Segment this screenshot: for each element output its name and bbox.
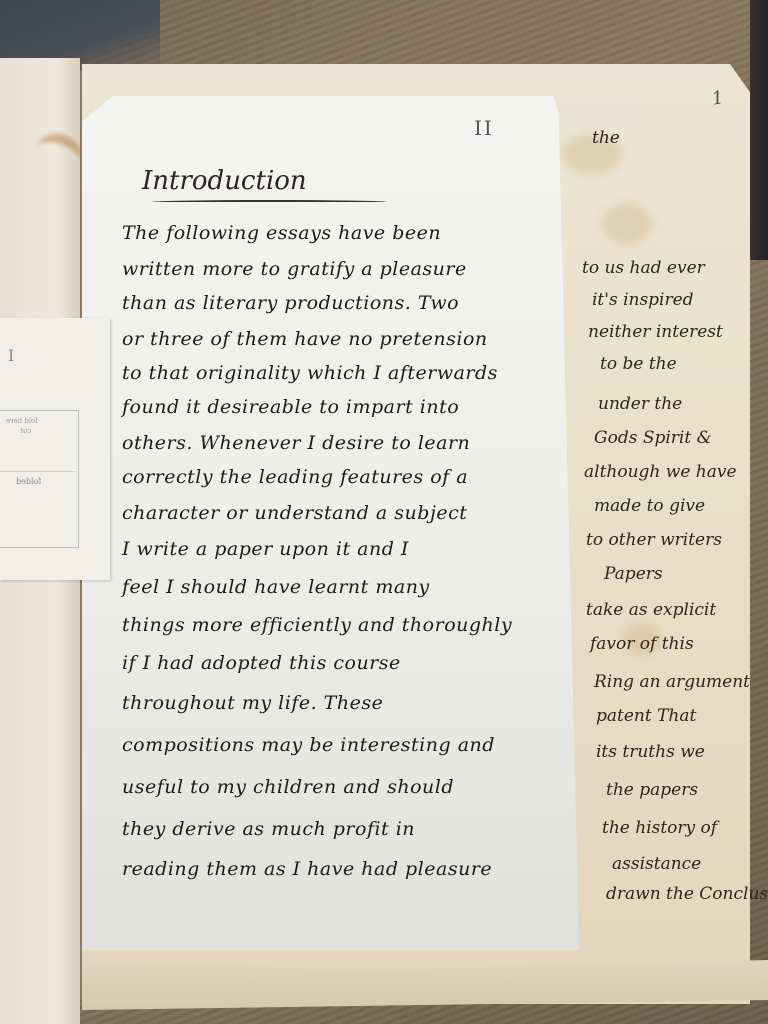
right-line: favor of this bbox=[590, 634, 694, 654]
right-line: it's inspired bbox=[592, 290, 694, 310]
right-line: drawn the Conclus bbox=[606, 884, 768, 904]
slip-form-text: folded bbox=[16, 477, 41, 486]
sheet-line: correctly the leading features of a bbox=[122, 466, 468, 488]
sheet-line: useful to my children and should bbox=[122, 776, 454, 798]
right-line: neither interest bbox=[588, 322, 723, 342]
right-line: made to give bbox=[594, 496, 705, 516]
sheet-line: they derive as much profit in bbox=[122, 818, 415, 840]
slip-form-text: cut bbox=[20, 427, 31, 435]
desk-edge bbox=[750, 0, 768, 260]
right-line: take as explicit bbox=[586, 600, 716, 620]
sheet-line: compositions may be interesting and bbox=[122, 734, 495, 756]
sheet-line: I write a paper upon it and I bbox=[122, 538, 409, 560]
right-line: to other writers bbox=[586, 530, 722, 550]
right-line: Papers bbox=[604, 564, 663, 584]
sheet-line: things more efficiently and thoroughly bbox=[122, 614, 512, 636]
paper-slip: I fold here cut folded bbox=[0, 318, 110, 580]
slip-form-text: fold here bbox=[6, 417, 38, 425]
slip-mark: I bbox=[8, 346, 14, 365]
heading-underline bbox=[152, 200, 387, 204]
right-line: patent That bbox=[596, 706, 696, 726]
sheet-line: to that originality which I afterwards bbox=[122, 362, 498, 384]
sheet-line: others. Whenever I desire to learn bbox=[122, 432, 470, 454]
right-line: Ring an argument bbox=[594, 672, 750, 692]
sheet-line: feel I should have learnt many bbox=[122, 576, 430, 598]
sheet-line: reading them as I have had pleasure bbox=[122, 858, 492, 880]
right-line: the bbox=[592, 128, 620, 148]
right-line: assistance bbox=[612, 854, 701, 874]
right-line: to be the bbox=[600, 354, 677, 374]
right-line: its truths we bbox=[596, 742, 705, 762]
right-line: to us had ever bbox=[582, 258, 705, 278]
right-line: Gods Spirit & bbox=[594, 428, 712, 448]
sheet-line: found it desireable to impart into bbox=[122, 396, 459, 418]
right-line: under the bbox=[598, 394, 682, 414]
foxing-stain bbox=[602, 204, 652, 244]
sheet-line: written more to gratify a pleasure bbox=[122, 258, 467, 280]
slip-divider bbox=[0, 471, 76, 472]
sheet-number: II bbox=[474, 116, 494, 140]
sheet-line: or three of them have no pretension bbox=[122, 328, 488, 350]
sheet-line: throughout my life. These bbox=[122, 692, 383, 714]
sheet-line: character or understand a subject bbox=[122, 502, 467, 524]
right-line: although we have bbox=[584, 462, 737, 482]
sheet-heading: Introduction bbox=[142, 166, 307, 196]
right-line: the papers bbox=[606, 780, 698, 800]
sheet-line: than as literary productions. Two bbox=[122, 292, 459, 314]
right-line: the history of bbox=[602, 818, 717, 838]
sheet-line: The following essays have been bbox=[122, 222, 441, 244]
slip-form: fold here cut folded bbox=[0, 410, 79, 548]
sheet-line: if I had adopted this course bbox=[122, 652, 401, 674]
